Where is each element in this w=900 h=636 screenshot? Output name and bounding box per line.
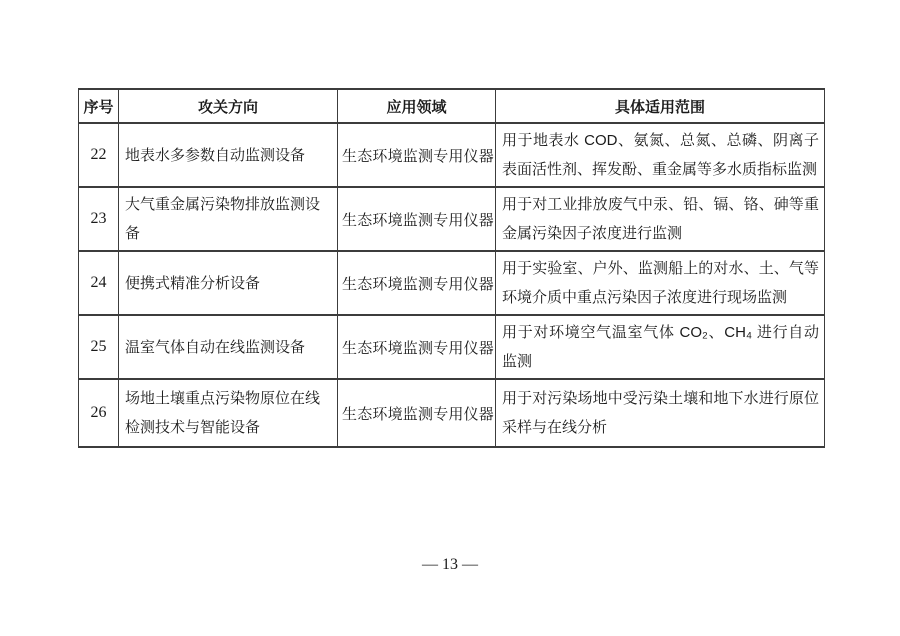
row-research-direction: 地表水多参数自动监测设备: [119, 123, 338, 187]
row-research-direction: 便携式精准分析设备: [119, 251, 338, 315]
row-applicable-scope: 用于对污染场地中受污染土壤和地下水进行原位采样与在线分析: [496, 379, 825, 447]
row-applicable-scope: 用于实验室、户外、监测船上的对水、土、气等环境介质中重点污染因子浓度进行现场监测: [496, 251, 825, 315]
table-row: 25 温室气体自动在线监测设备 生态环境监测专用仪器 用于对环境空气温室气体 C…: [79, 315, 825, 379]
row-research-direction: 大气重金属污染物排放监测设备: [119, 187, 338, 251]
document-page: 序号 攻关方向 应用领域 具体适用范围 22 地表水多参数自动监测设备 生态环境…: [0, 0, 900, 636]
row-research-direction: 场地土壤重点污染物原位在线检测技术与智能设备: [119, 379, 338, 447]
header-research-direction: 攻关方向: [119, 89, 338, 123]
table-row: 24 便携式精准分析设备 生态环境监测专用仪器 用于实验室、户外、监测船上的对水…: [79, 251, 825, 315]
row-application-field: 生态环境监测专用仪器: [338, 315, 496, 379]
row-application-field: 生态环境监测专用仪器: [338, 379, 496, 447]
table-header-row: 序号 攻关方向 应用领域 具体适用范围: [79, 89, 825, 123]
row-serial-number: 22: [79, 123, 119, 187]
row-applicable-scope: 用于对环境空气温室气体 CO₂、CH₄ 进行自动监测: [496, 315, 825, 379]
row-research-direction: 温室气体自动在线监测设备: [119, 315, 338, 379]
header-application-field: 应用领域: [338, 89, 496, 123]
table-row: 23 大气重金属污染物排放监测设备 生态环境监测专用仪器 用于对工业排放废气中汞…: [79, 187, 825, 251]
equipment-table: 序号 攻关方向 应用领域 具体适用范围 22 地表水多参数自动监测设备 生态环境…: [78, 88, 825, 448]
page-number: — 13 —: [0, 556, 900, 574]
row-application-field: 生态环境监测专用仪器: [338, 123, 496, 187]
row-application-field: 生态环境监测专用仪器: [338, 251, 496, 315]
table-row: 26 场地土壤重点污染物原位在线检测技术与智能设备 生态环境监测专用仪器 用于对…: [79, 379, 825, 447]
row-serial-number: 26: [79, 379, 119, 447]
row-applicable-scope: 用于地表水 COD、氨氮、总氮、总磷、阴离子表面活性剂、挥发酚、重金属等多水质指…: [496, 123, 825, 187]
row-serial-number: 24: [79, 251, 119, 315]
row-serial-number: 25: [79, 315, 119, 379]
row-applicable-scope: 用于对工业排放废气中汞、铅、镉、铬、砷等重金属污染因子浓度进行监测: [496, 187, 825, 251]
header-applicable-scope: 具体适用范围: [496, 89, 825, 123]
table-row: 22 地表水多参数自动监测设备 生态环境监测专用仪器 用于地表水 COD、氨氮、…: [79, 123, 825, 187]
row-serial-number: 23: [79, 187, 119, 251]
row-application-field: 生态环境监测专用仪器: [338, 187, 496, 251]
header-serial-number: 序号: [79, 89, 119, 123]
